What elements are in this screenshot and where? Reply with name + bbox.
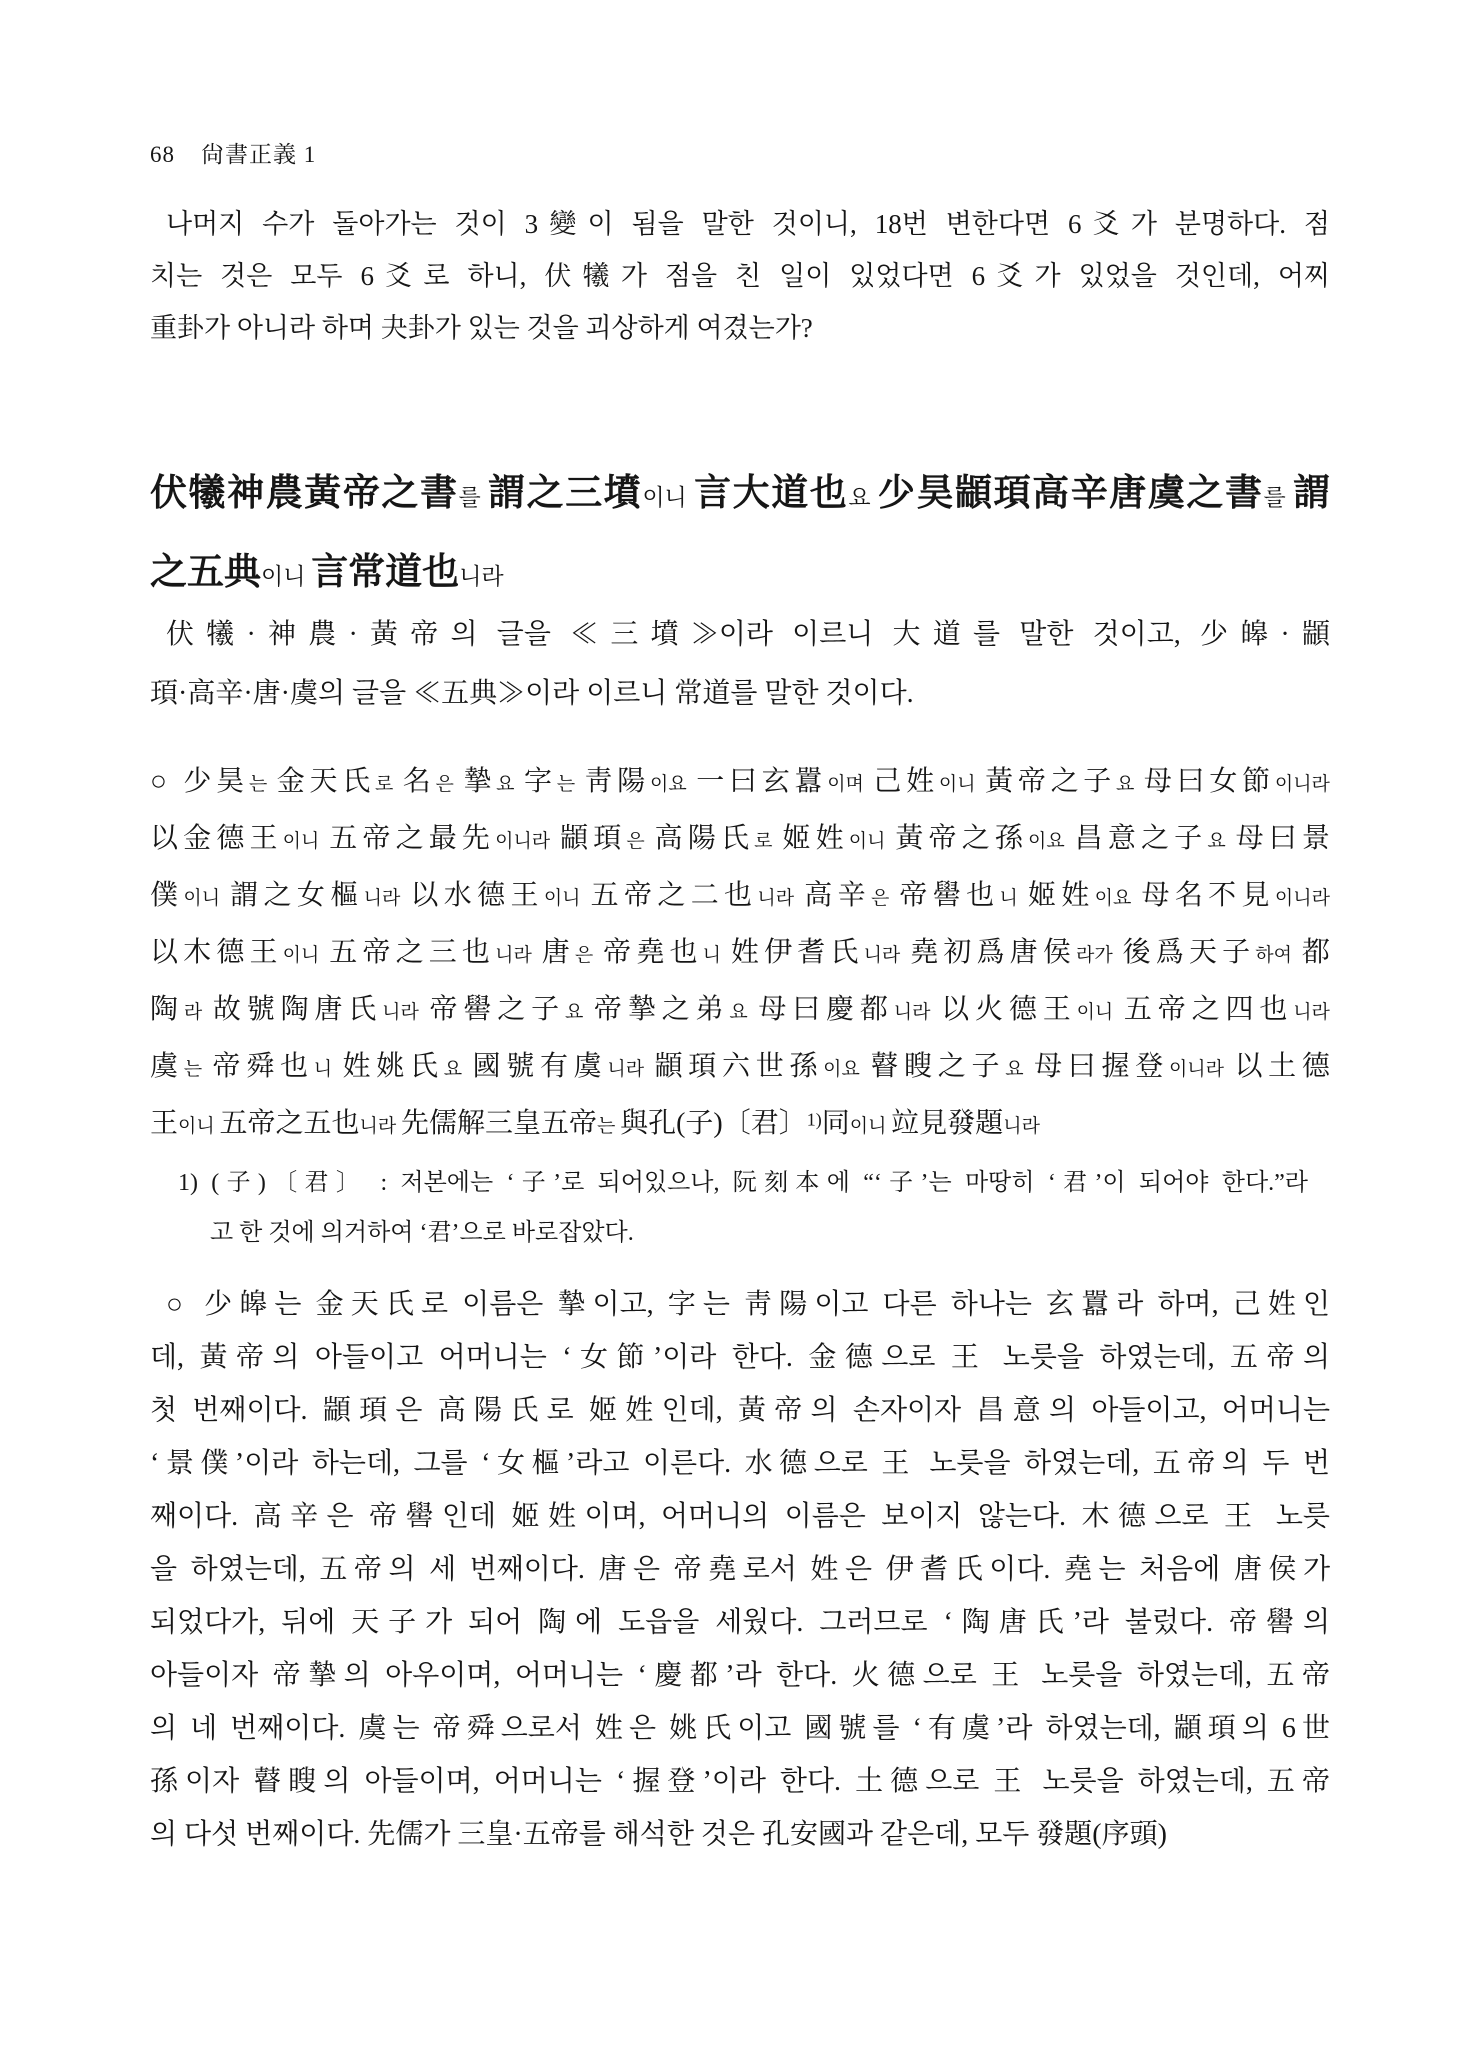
- text-line: 치는 것은 모두 6爻로 하니, 伏犧가 점을 친 일이 있었다면 6爻가 있었…: [150, 250, 1330, 302]
- text-segment: 이니라: [495, 831, 560, 852]
- footnote-block: 1) (子)〔君〕 : 저본에는 ‘子’로 되어있으나, 阮刻本에 “‘子’는 …: [178, 1158, 1308, 1258]
- text-segment: 黃帝之孫: [895, 823, 1028, 854]
- text-segment: 이니: [850, 1116, 891, 1137]
- text-segment: 以土德: [1234, 1051, 1329, 1082]
- text-segment: 瞽瞍之子: [870, 1051, 1005, 1082]
- text-segment: 姬姓: [1028, 880, 1095, 911]
- text-segment: 이니라: [1275, 774, 1330, 795]
- text-segment: 高陽氏: [655, 823, 755, 854]
- text-segment: 帝堯也: [603, 937, 702, 968]
- text-segment: 以木德王: [150, 937, 283, 968]
- text-segment: 顓頊六世孫: [655, 1051, 824, 1082]
- text-segment: 謂: [1293, 473, 1330, 514]
- text-segment: 이니: [849, 831, 896, 852]
- text-segment: 以水德王: [410, 880, 543, 911]
- text-segment: 이니라: [1275, 888, 1330, 909]
- text-line: 첫 번째이다. 顓頊은 高陽氏로 姬姓인데, 黃帝의 손자이자 昌意의 아들이고…: [150, 1384, 1330, 1437]
- text-segment: 五帝之四也: [1124, 994, 1293, 1025]
- text-segment: 謂之三墳: [488, 473, 642, 514]
- text-line: 되었다가, 뒤에 天子가 되어 陶에 도읍을 세웠다. 그러므로 ‘陶唐氏’라 …: [150, 1596, 1330, 1649]
- text-segment: 은: [871, 888, 899, 909]
- text-segment: 母曰慶都: [758, 994, 893, 1025]
- text-segment: 母名不見: [1141, 880, 1274, 911]
- text-segment: 一曰玄囂: [696, 766, 827, 797]
- text-line: 以木德王이니 五帝之三也니라 唐은 帝堯也니 姓伊耆氏니라 堯初爲唐侯라가 後爲…: [150, 926, 1330, 983]
- text-segment: 은: [575, 945, 603, 966]
- text-segment: 이니: [283, 831, 330, 852]
- text-segment: 니라: [360, 1116, 401, 1137]
- text-segment: 之五典: [150, 552, 261, 593]
- text-line: 伏犧神農黃帝之書를 謂之三墳이니 言大道也요 少昊顓頊高辛唐虞之書를 謂: [150, 458, 1330, 537]
- text-segment: 五帝之三也: [329, 937, 495, 968]
- text-segment: 姓伊耆氏: [731, 937, 864, 968]
- text-segment: 母曰女節: [1144, 766, 1275, 797]
- text-segment: 니라: [382, 1002, 429, 1023]
- text-segment: 요: [565, 1002, 594, 1023]
- page-number: 68: [150, 142, 175, 167]
- text-segment: 母曰握登: [1034, 1051, 1169, 1082]
- text-segment: 謂之女樞: [230, 880, 363, 911]
- text-segment: 이니: [283, 945, 330, 966]
- text-line: 째이다. 高辛은 帝嚳인데 姬姓이며, 어머니의 이름은 보이지 않는다. 木德…: [150, 1490, 1330, 1543]
- classic-text-heading: 伏犧神農黃帝之書를 謂之三墳이니 言大道也요 少昊顓頊高辛唐虞之書를 謂之五典이…: [150, 458, 1330, 616]
- text-segment: 高辛: [804, 880, 871, 911]
- text-line: 王이니 五帝之五也니라 先儒解三皇五帝는 與孔(子)〔君〕1)同이니 竝見發題니…: [150, 1097, 1330, 1154]
- text-segment: 金天氏: [277, 766, 375, 797]
- text-line: 虞는 帝舜也니 姓姚氏요 國號有虞니라 顓頊六世孫이요 瞽瞍之子요 母曰握登이니…: [150, 1040, 1330, 1097]
- text-segment: 母曰景: [1236, 823, 1330, 854]
- text-segment: 로: [754, 831, 782, 852]
- text-line: 데, 黃帝의 아들이고 어머니는 ‘女節’이라 한다. 金德으로 王 노릇을 하…: [150, 1331, 1330, 1384]
- text-segment: 五帝之最先: [329, 823, 495, 854]
- text-segment: 帝舜也: [213, 1051, 314, 1082]
- text-segment: 니라: [607, 1059, 654, 1080]
- text-segment: 帝摯之弟: [594, 994, 729, 1025]
- text-line: 頊·高辛·唐·虞의 글을 ≪五典≫이라 이르니 常道를 말한 것이다.: [150, 664, 1330, 723]
- text-segment: 라: [184, 1002, 213, 1023]
- text-segment: 이니: [178, 1116, 219, 1137]
- text-segment: 僕: [150, 880, 183, 911]
- text-segment: 요: [729, 1002, 758, 1023]
- text-segment: 는: [184, 1059, 213, 1080]
- text-line: 孫이자 瞽瞍의 아들이며, 어머니는 ‘握登’이라 한다. 土德으로 王 노릇을…: [150, 1755, 1330, 1808]
- text-segment: 니: [314, 1059, 343, 1080]
- text-segment: 이니: [183, 888, 230, 909]
- text-segment: 는: [597, 1116, 620, 1137]
- text-segment: 이니: [544, 888, 591, 909]
- text-segment: 은: [436, 774, 464, 795]
- text-segment: 니라: [894, 1002, 941, 1023]
- text-line: 重卦가 아니라 하며 夬卦가 있는 것을 괴상하게 여겼는가?: [150, 302, 1330, 354]
- text-segment: 名: [403, 766, 436, 797]
- text-segment: 이니: [642, 485, 694, 510]
- text-segment: 이니: [261, 564, 311, 589]
- text-segment: 이며: [827, 774, 873, 795]
- text-segment: 이요: [823, 1059, 870, 1080]
- text-segment: 摯: [463, 766, 496, 797]
- text-line: 以金德王이니 五帝之最先이니라 顓頊은 高陽氏로 姬姓이니 黃帝之孫이요 昌意之…: [150, 812, 1330, 869]
- text-segment: 요: [444, 1059, 473, 1080]
- book-title: 尙書正義 1: [201, 142, 316, 167]
- text-segment: 하여: [1255, 945, 1302, 966]
- text-segment: 黃帝之子: [985, 766, 1116, 797]
- text-segment: 라가: [1076, 945, 1123, 966]
- text-line: 나머지 수가 돌아가는 것이 3變이 됨을 말한 것이니, 18번 변한다면 6…: [150, 198, 1330, 250]
- text-segment: 니라: [1293, 1002, 1330, 1023]
- page-header: 68尙書正義 1: [150, 136, 316, 169]
- text-segment: 同: [822, 1108, 850, 1139]
- text-segment: 니라: [364, 888, 411, 909]
- text-segment: 니: [703, 945, 731, 966]
- text-segment: 1): [807, 1110, 822, 1130]
- text-segment: 요: [496, 774, 524, 795]
- text-segment: 는: [249, 774, 277, 795]
- text-segment: 니라: [1003, 1116, 1040, 1137]
- text-segment: 니라: [864, 945, 911, 966]
- text-segment: 로: [375, 774, 403, 795]
- text-segment: 故號陶唐氏: [213, 994, 382, 1025]
- text-line: 의 다섯 번째이다. 先儒가 三皇·五帝를 해석한 것은 孔安國과 같은데, 모…: [150, 1808, 1330, 1861]
- text-segment: 五帝之二也: [591, 880, 758, 911]
- text-line: ○ 少皞는 金天氏로 이름은 摯이고, 字는 靑陽이고 다른 하나는 玄囂라 하…: [150, 1278, 1330, 1331]
- text-segment: 이니라: [1169, 1059, 1235, 1080]
- text-line: 을 하였는데, 五帝의 세 번째이다. 唐은 帝堯로서 姓은 伊耆氏이다. 堯는…: [150, 1543, 1330, 1596]
- text-segment: 요: [848, 485, 878, 510]
- document-page: { "header": { "page_number": "68", "book…: [0, 0, 1481, 2047]
- text-line: 伏犧·神農·黃帝의 글을 ≪三墳≫이라 이르니 大道를 말한 것이고, 少皞·顓: [150, 605, 1330, 664]
- text-segment: 堯初爲唐侯: [910, 937, 1076, 968]
- text-segment: 요: [1116, 774, 1144, 795]
- text-segment: 與孔(子)〔君〕: [620, 1108, 807, 1139]
- text-segment: 은: [626, 831, 654, 852]
- text-segment: 虞: [150, 1051, 184, 1082]
- text-segment: 唐: [542, 937, 575, 968]
- text-segment: 이요: [1095, 888, 1142, 909]
- text-segment: 이요: [650, 774, 696, 795]
- text-segment: 요: [1005, 1059, 1034, 1080]
- text-segment: 字: [524, 766, 557, 797]
- text-segment: 니라: [495, 945, 542, 966]
- text-segment: 니: [999, 888, 1027, 909]
- text-segment: 帝嚳之子: [429, 994, 564, 1025]
- text-segment: 少昊: [183, 766, 248, 797]
- text-line: 고 한 것에 의거하여 ‘君’으로 바로잡았다.: [178, 1208, 1308, 1258]
- text-segment: ○: [150, 766, 183, 797]
- text-segment: 니라: [757, 888, 804, 909]
- text-segment: 顓頊: [560, 823, 626, 854]
- text-segment: 以金德王: [150, 823, 283, 854]
- text-segment: 이요: [1028, 831, 1075, 852]
- text-segment: 를: [459, 485, 489, 510]
- text-segment: 니라: [459, 564, 503, 589]
- text-line: 1) (子)〔君〕 : 저본에는 ‘子’로 되어있으나, 阮刻本에 “‘子’는 …: [178, 1158, 1308, 1208]
- text-segment: 五帝之五也: [219, 1108, 359, 1139]
- text-segment: 昌意之子: [1075, 823, 1208, 854]
- text-segment: 少昊顓頊高辛唐虞之書: [878, 473, 1264, 514]
- text-segment: 帝嚳也: [899, 880, 999, 911]
- text-segment: 이니: [1077, 1002, 1124, 1023]
- text-segment: 靑陽: [585, 766, 650, 797]
- text-line: 陶라 故號陶唐氏니라 帝嚳之子요 帝摯之弟요 母曰慶都니라 以火德王이니 五帝之…: [150, 983, 1330, 1040]
- text-segment: 國號有虞: [473, 1051, 608, 1082]
- hanja-annotation-block: ○ 少昊는 金天氏로 名은 摯요 字는 靑陽이요 一曰玄囂이며 己姓이니 黃帝之…: [150, 755, 1330, 1154]
- text-segment: 後爲天子: [1123, 937, 1256, 968]
- text-line: 僕이니 謂之女樞니라 以水德王이니 五帝之二也니라 高辛은 帝嚳也니 姬姓이요 …: [150, 869, 1330, 926]
- translation-main-paragraph: 伏犧·神農·黃帝의 글을 ≪三墳≫이라 이르니 大道를 말한 것이고, 少皞·顓…: [150, 605, 1330, 723]
- text-segment: 이니: [939, 774, 985, 795]
- text-segment: 伏犧神農黃帝之書: [150, 473, 459, 514]
- text-segment: 는: [557, 774, 585, 795]
- text-segment: 陶: [150, 994, 184, 1025]
- text-line: 아들이자 帝摯의 아우이며, 어머니는 ‘慶都’라 한다. 火德으로 王 노릇을…: [150, 1649, 1330, 1702]
- text-segment: 己姓: [873, 766, 938, 797]
- text-segment: 를: [1264, 485, 1294, 510]
- text-line: ○ 少昊는 金天氏로 名은 摯요 字는 靑陽이요 一曰玄囂이며 己姓이니 黃帝之…: [150, 755, 1330, 812]
- text-segment: 요: [1207, 831, 1235, 852]
- translation-detail-paragraph: ○ 少皞는 金天氏로 이름은 摯이고, 字는 靑陽이고 다른 하나는 玄囂라 하…: [150, 1278, 1330, 1861]
- text-segment: 先儒解三皇五帝: [401, 1108, 597, 1139]
- text-segment: 都: [1302, 937, 1330, 968]
- text-segment: 竝見發題: [891, 1108, 1003, 1139]
- text-segment: 以火德王: [941, 994, 1076, 1025]
- text-segment: 姬姓: [782, 823, 848, 854]
- text-segment: 姓姚氏: [343, 1051, 444, 1082]
- commentary-paragraph: 나머지 수가 돌아가는 것이 3變이 됨을 말한 것이니, 18번 변한다면 6…: [150, 198, 1330, 354]
- text-segment: 王: [150, 1108, 178, 1139]
- text-segment: 言常道也: [311, 552, 459, 593]
- text-line: ‘景僕’이라 하는데, 그를 ‘女樞’라고 이른다. 水德으로 王 노릇을 하였…: [150, 1437, 1330, 1490]
- text-line: 의 네 번째이다. 虞는 帝舜으로서 姓은 姚氏이고 國號를 ‘有虞’라 하였는…: [150, 1702, 1330, 1755]
- text-segment: 言大道也: [694, 473, 848, 514]
